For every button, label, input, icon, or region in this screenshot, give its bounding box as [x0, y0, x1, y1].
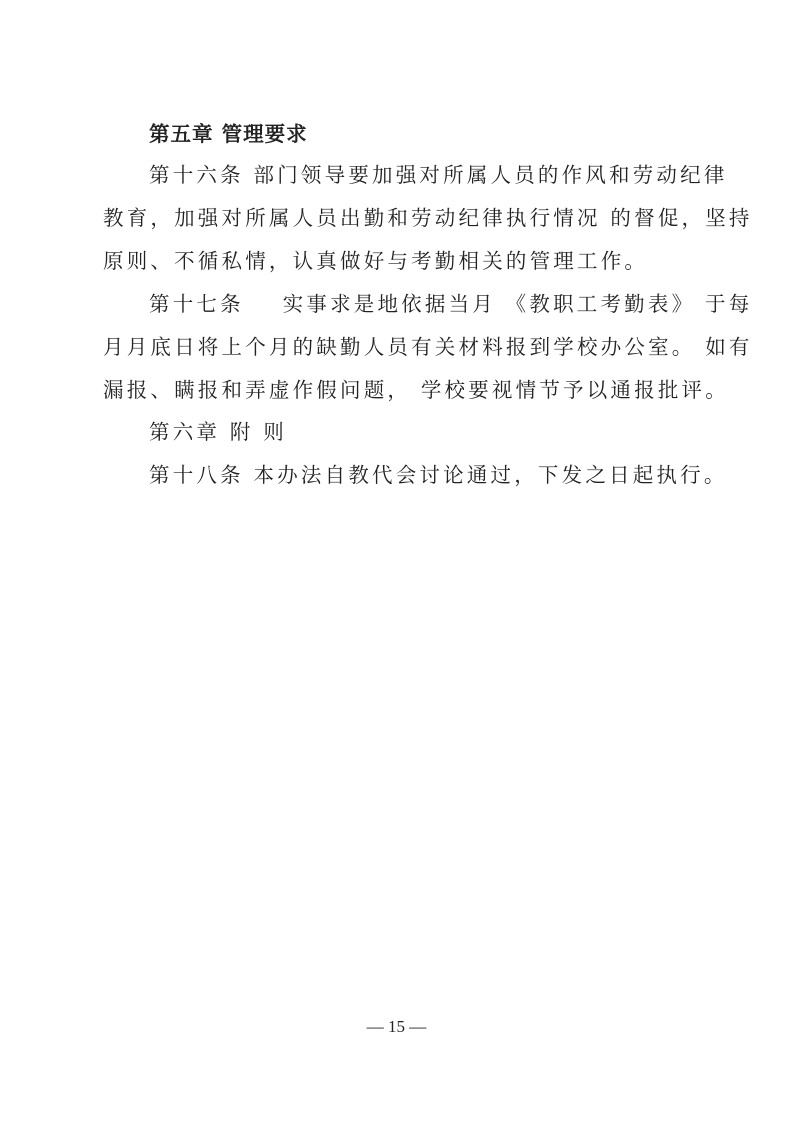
article-16-line-2: 教育，加强对所属人员出勤和劳动纪律执行情况 的督促，坚持	[103, 205, 753, 231]
article-17-line-1: 第十七条 实事求是地依据当月 《教职工考勤表》 于每	[149, 291, 752, 317]
article-17-line-3: 漏报、瞒报和弄虚作假问题， 学校要视情节予以通报批评。	[103, 377, 729, 403]
chapter-5-heading: 第五章 管理要求	[149, 121, 308, 147]
article-16-line-3: 原则、不循私情，认真做好与考勤相关的管理工作。	[103, 248, 648, 274]
page-number: — 15 —	[0, 1017, 793, 1037]
article-16-line-1: 第十六条 部门领导要加强对所属人员的作风和劳动纪律	[149, 162, 728, 188]
article-17-line-2: 月月底日将上个月的缺勤人员有关材料报到学校办公室。 如有	[103, 334, 753, 360]
article-18-line-1: 第十八条 本办法自教代会讨论通过，下发之日起执行。	[149, 462, 728, 488]
chapter-6-heading: 第六章 附 则	[149, 419, 287, 445]
